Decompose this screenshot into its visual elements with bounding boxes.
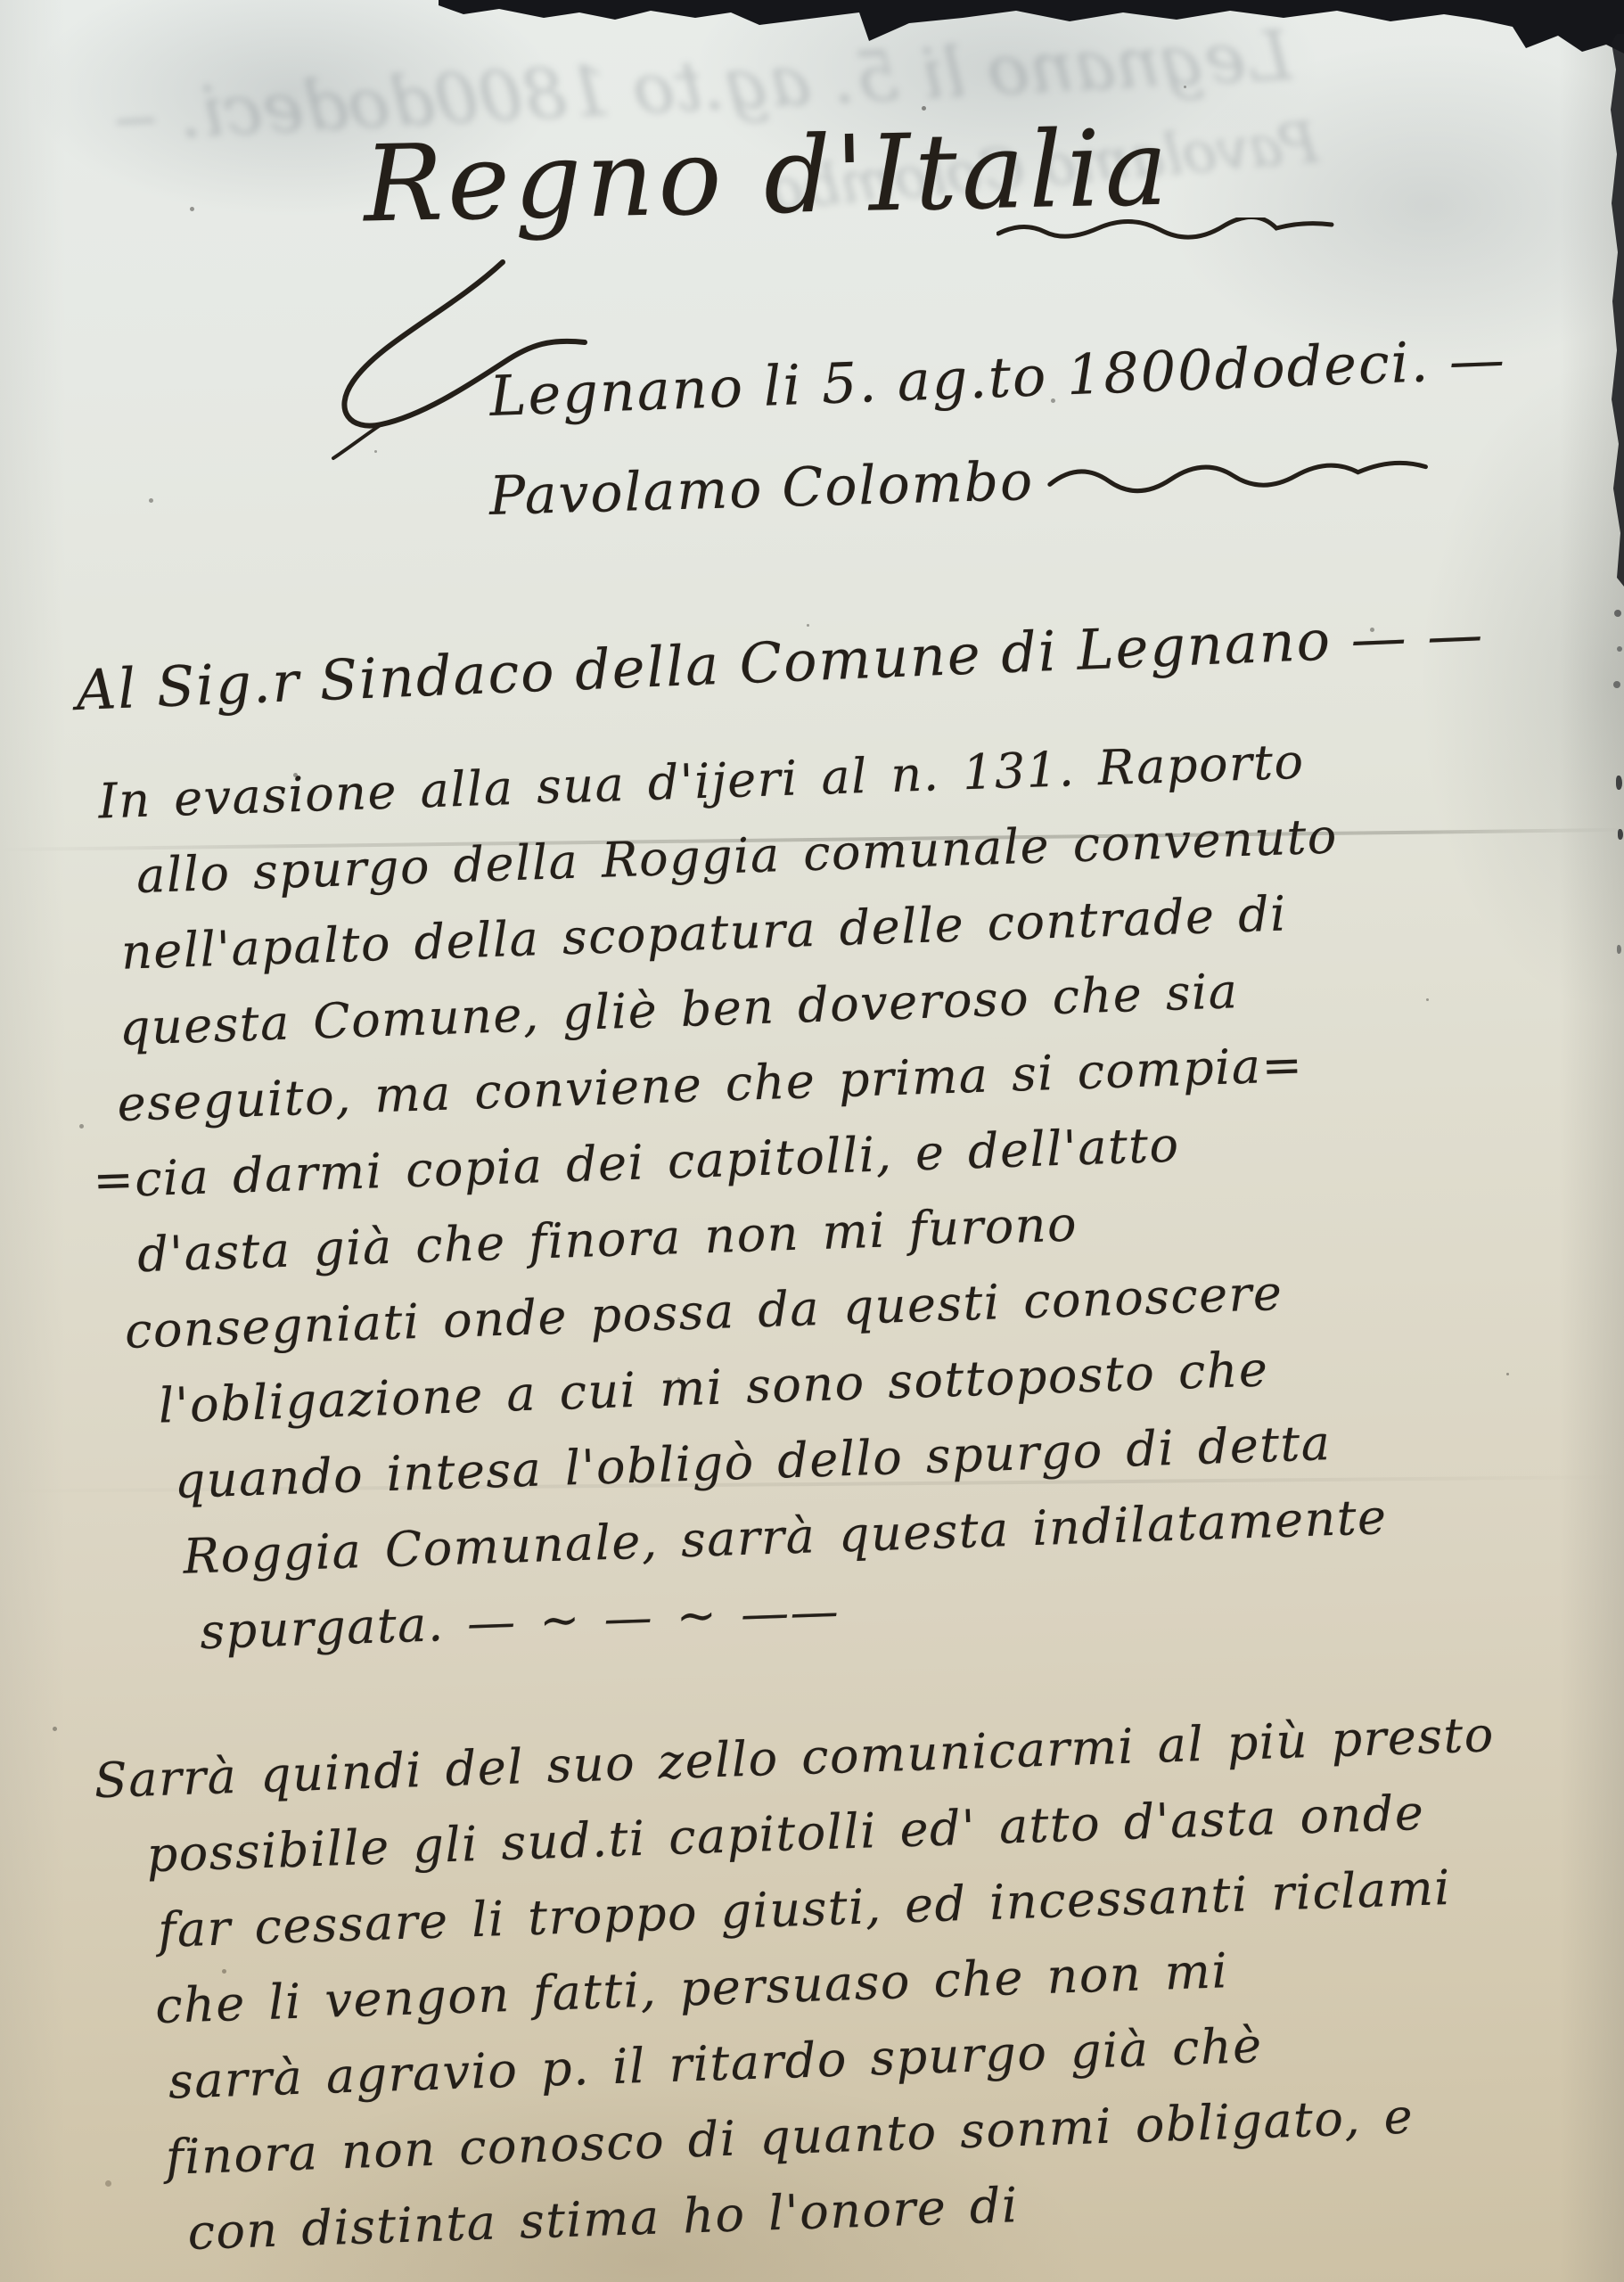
edge-spot: [1616, 776, 1622, 790]
letter-body: In evasione alla sua d'ijeri al n. 131. …: [57, 714, 1624, 2273]
title-flourish-line: [997, 218, 1335, 241]
salutation: Al Sig.r Sindaco della Comune di Legnano…: [75, 602, 1486, 723]
writer-flourish: [1046, 444, 1431, 508]
edge-spot: [1618, 829, 1623, 840]
dateline: Legnano li 5. ag.to 1800dodeci. —: [488, 326, 1507, 429]
manuscript-page: Legnano li 5. ag.to 1800dodeci. — Pavola…: [0, 0, 1624, 2282]
page-right-edge: [1606, 34, 1624, 711]
writer-row: Pavolamo Colombo: [488, 439, 1431, 528]
title-flourish-swash: [317, 257, 611, 462]
torn-top-edge: [0, 0, 1624, 62]
edge-spot: [1617, 945, 1621, 954]
